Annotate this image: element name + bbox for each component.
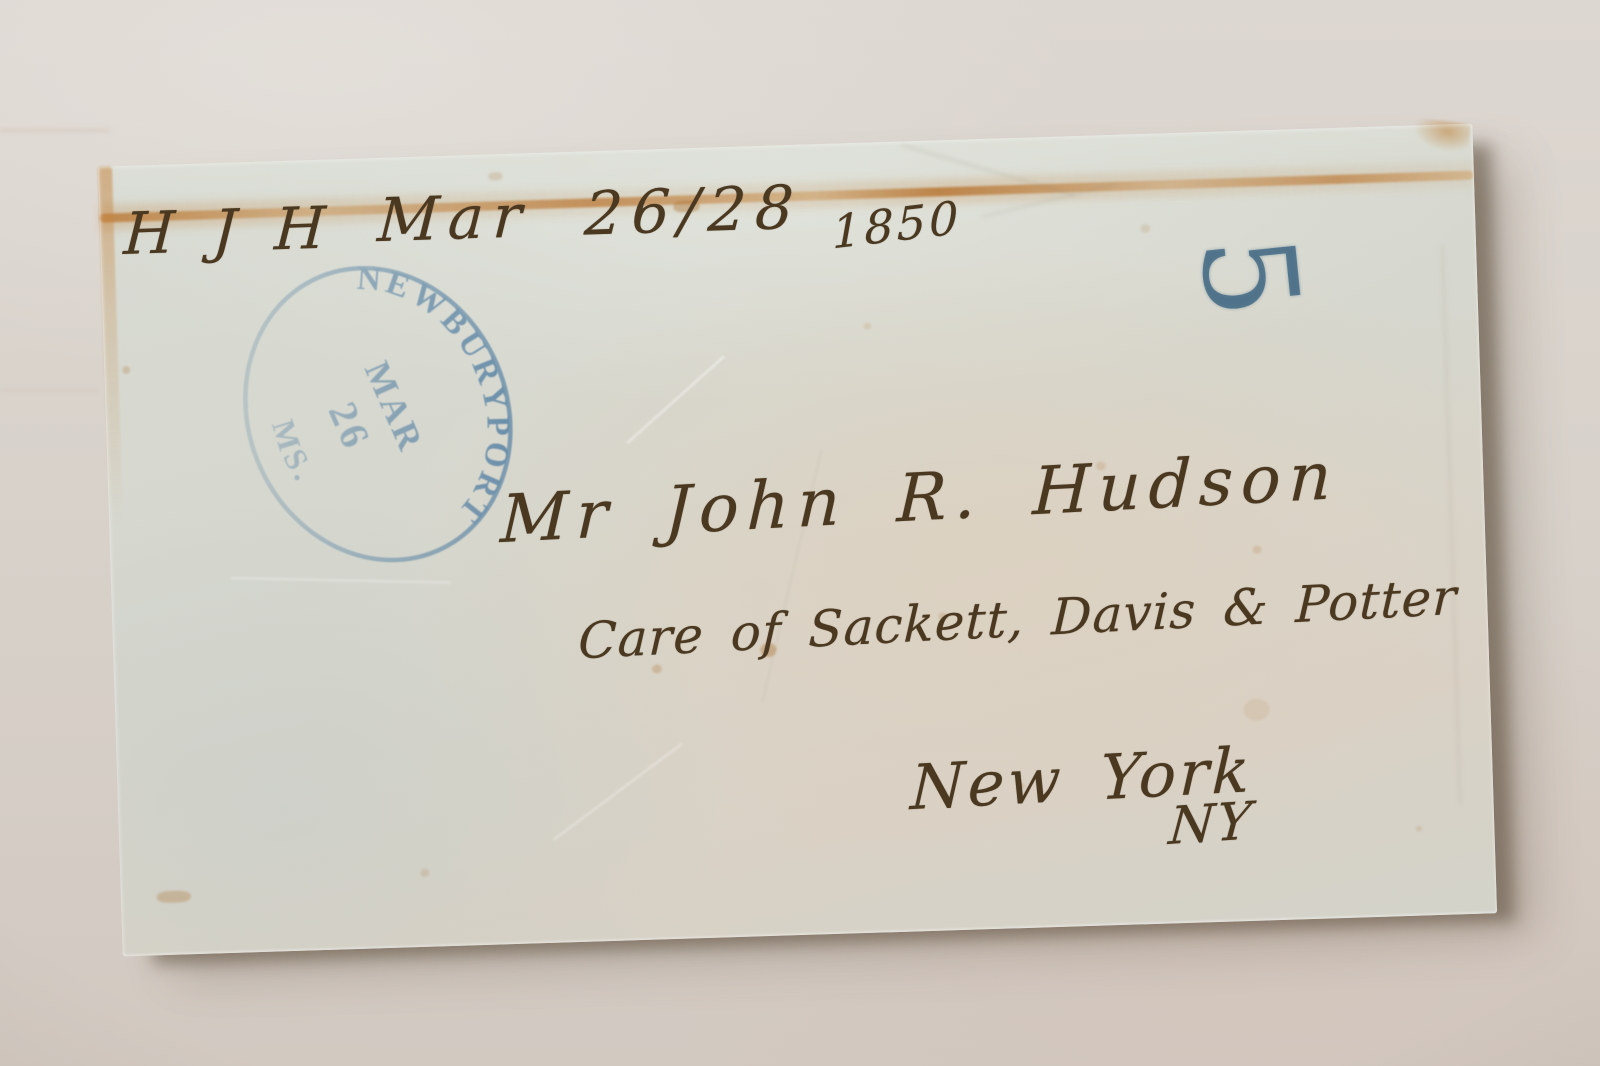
foxing-spot [420, 869, 429, 877]
crease-line [1441, 245, 1462, 805]
crease-line [553, 743, 682, 840]
foxing-spot [1243, 698, 1270, 721]
postmark-state: MS. [261, 411, 326, 491]
address-line-state: NY [1167, 791, 1256, 857]
docket-initials: H J H [122, 193, 337, 268]
backdrop-streak [0, 128, 110, 133]
address-line-recipient: Mr John R. Hudson [499, 437, 1340, 558]
foxing-spot [157, 890, 191, 903]
address-line-care-of: Care of Sackett, Davis & Potter [577, 568, 1458, 671]
photo-backdrop: H J H Mar 26/28 1850 NEWBURYPORT MS. MAR… [0, 0, 1600, 1066]
foxing-spot [1140, 224, 1150, 233]
foxing-spot [1415, 826, 1422, 832]
crease-line [626, 356, 724, 444]
postmark-state-text: MS. [261, 411, 326, 491]
foxing-spot [1252, 545, 1261, 553]
backdrop-streak [0, 388, 100, 392]
envelope-cover: H J H Mar 26/28 1850 NEWBURYPORT MS. MAR… [98, 124, 1497, 957]
torn-corner [1412, 118, 1471, 154]
foxing-spot [863, 323, 871, 330]
foxing-spot [122, 366, 130, 374]
rate-marking-5: 5 [1148, 229, 1321, 384]
